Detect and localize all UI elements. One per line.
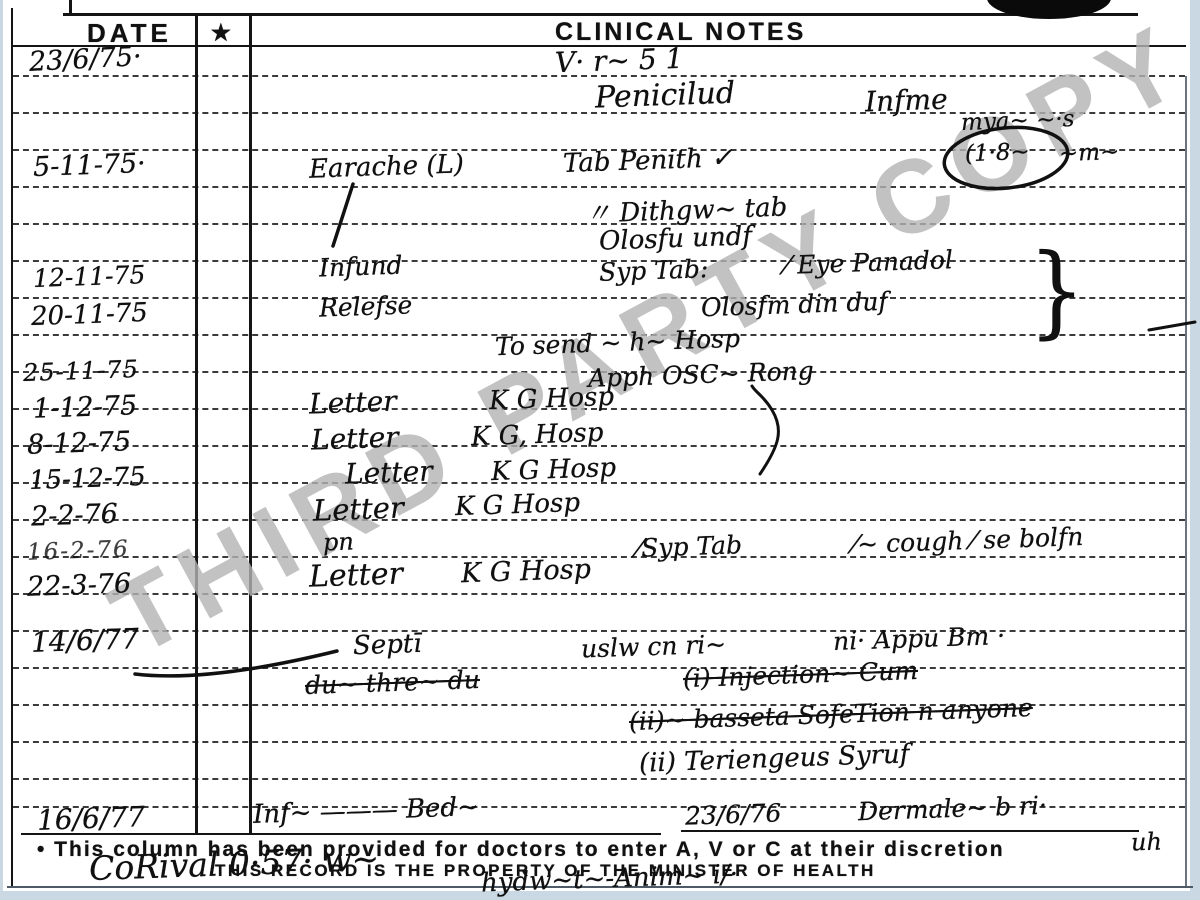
note-treatment: ⁄ Eye Panadol bbox=[785, 245, 954, 280]
note-treatment: Tab Penith ✓ bbox=[563, 143, 734, 179]
entry-date: 23/6/75· bbox=[28, 41, 142, 78]
note-letter: Letter bbox=[310, 420, 399, 456]
note-complaint: Infund bbox=[319, 251, 403, 283]
note-scribble: ~m~ bbox=[1059, 139, 1120, 167]
ruled-line bbox=[13, 297, 1185, 299]
note-hospital: K G, Hosp bbox=[471, 418, 604, 453]
scanned-clinical-record: { "header": { "date_label": "DATE", "sta… bbox=[0, 0, 1200, 900]
note-scribble: mya~ ~·s bbox=[961, 106, 1075, 136]
ink-blot-icon bbox=[987, 0, 1111, 19]
entry-date: 5-11-75· bbox=[32, 148, 146, 183]
note-letter: Letter bbox=[344, 454, 433, 490]
brace-scribble: } bbox=[1028, 232, 1085, 349]
note-date-annotation: 23/6/76 bbox=[685, 798, 782, 830]
entry-date: 16-2-76 bbox=[27, 536, 131, 566]
note-scribble: ni· Appu Bm · bbox=[833, 621, 1006, 656]
note-scribble-struck: (ii)~ basseta SofeTion n anyone bbox=[629, 693, 1034, 736]
note-scribble: Penicilud bbox=[594, 76, 735, 116]
note-scribble-struck: (i) Injection~ Cum bbox=[683, 656, 919, 693]
note-scribble: Septī bbox=[352, 629, 422, 661]
entry-date: 22-3-76 bbox=[26, 568, 131, 603]
note-hospital: K G Hosp bbox=[491, 453, 617, 487]
entry-date: 16/6/77 bbox=[36, 800, 145, 837]
note-letter: Letter bbox=[308, 384, 397, 420]
curve-stroke-icon bbox=[752, 386, 778, 474]
star-column-header-icon: ★ bbox=[211, 20, 231, 46]
note-hospital: K G Hosp bbox=[455, 488, 581, 522]
note-treatment: Olosfu undf bbox=[599, 221, 753, 256]
property-of-minister-note: THIS RECORD IS THE PROPERTY OF THE MINIS… bbox=[215, 861, 876, 881]
entry-date: 12-11-75 bbox=[33, 260, 146, 293]
note-treatment: Olosfm din duf bbox=[701, 287, 889, 322]
note-scribble-struck: du~ thre~ du bbox=[305, 665, 481, 700]
note-complaint: Earache (L) bbox=[309, 149, 465, 184]
edge-mark-icon bbox=[1149, 322, 1195, 330]
note-scribble: uslw cn ri~ bbox=[581, 629, 727, 663]
entry-date: 14/6/77 bbox=[30, 622, 139, 659]
note-treatment: ⁄Syp Tab bbox=[637, 530, 743, 563]
note-hospital: K G Hosp bbox=[460, 554, 591, 590]
record-page: THIRD PARTY COPY DATE ★ CLINICAL NOTES 2… bbox=[3, 0, 1190, 891]
entry-date: 2-2-76 bbox=[30, 498, 118, 532]
note-scribble: (ii) Teriengeus Syruf bbox=[639, 739, 910, 778]
ruled-line bbox=[13, 667, 1185, 669]
note-hospital: K G Hosp bbox=[489, 382, 615, 416]
entry-date: 15-12-75 bbox=[29, 462, 147, 496]
page-right-border bbox=[1185, 76, 1187, 888]
ruled-line bbox=[13, 778, 1185, 780]
note-scribble: pn bbox=[323, 527, 355, 556]
entry-date: 20-11-75 bbox=[31, 298, 149, 332]
header-top-line bbox=[63, 13, 1138, 16]
note-scribble: Dermale~ b ri· bbox=[858, 791, 1048, 827]
ruled-line bbox=[13, 741, 1185, 743]
star-column-divider bbox=[249, 13, 252, 835]
note-treatment: Syp Tab: bbox=[599, 254, 709, 287]
entry-date: 25-11-75 bbox=[23, 355, 140, 387]
ruled-line bbox=[13, 519, 1185, 521]
note-letter: Letter bbox=[312, 490, 404, 527]
note-treatment: ⁄~ cough ⁄ se bolfn bbox=[853, 522, 1084, 559]
note-letter: Letter bbox=[308, 556, 403, 594]
page-left-border bbox=[11, 8, 13, 888]
note-scribble: Inf~ ——— Bed~ bbox=[253, 792, 480, 830]
note-scribble: (1·8~ bbox=[965, 139, 1031, 167]
bottom-note-underline bbox=[681, 830, 1139, 832]
column-explanation-note: • This column has been provided for doct… bbox=[37, 838, 1005, 862]
note-scribble: Infme bbox=[864, 83, 948, 119]
slash-stroke-icon bbox=[333, 184, 353, 246]
note-complaint: Relefse bbox=[319, 290, 413, 322]
entry-date: 1-12-75 bbox=[32, 390, 137, 425]
date-column-divider bbox=[195, 13, 198, 835]
note-scribble: uh bbox=[1131, 827, 1163, 856]
entry-date: 8-12-75 bbox=[26, 426, 131, 461]
note-scribble: V· r~ 5 1 bbox=[554, 42, 683, 79]
